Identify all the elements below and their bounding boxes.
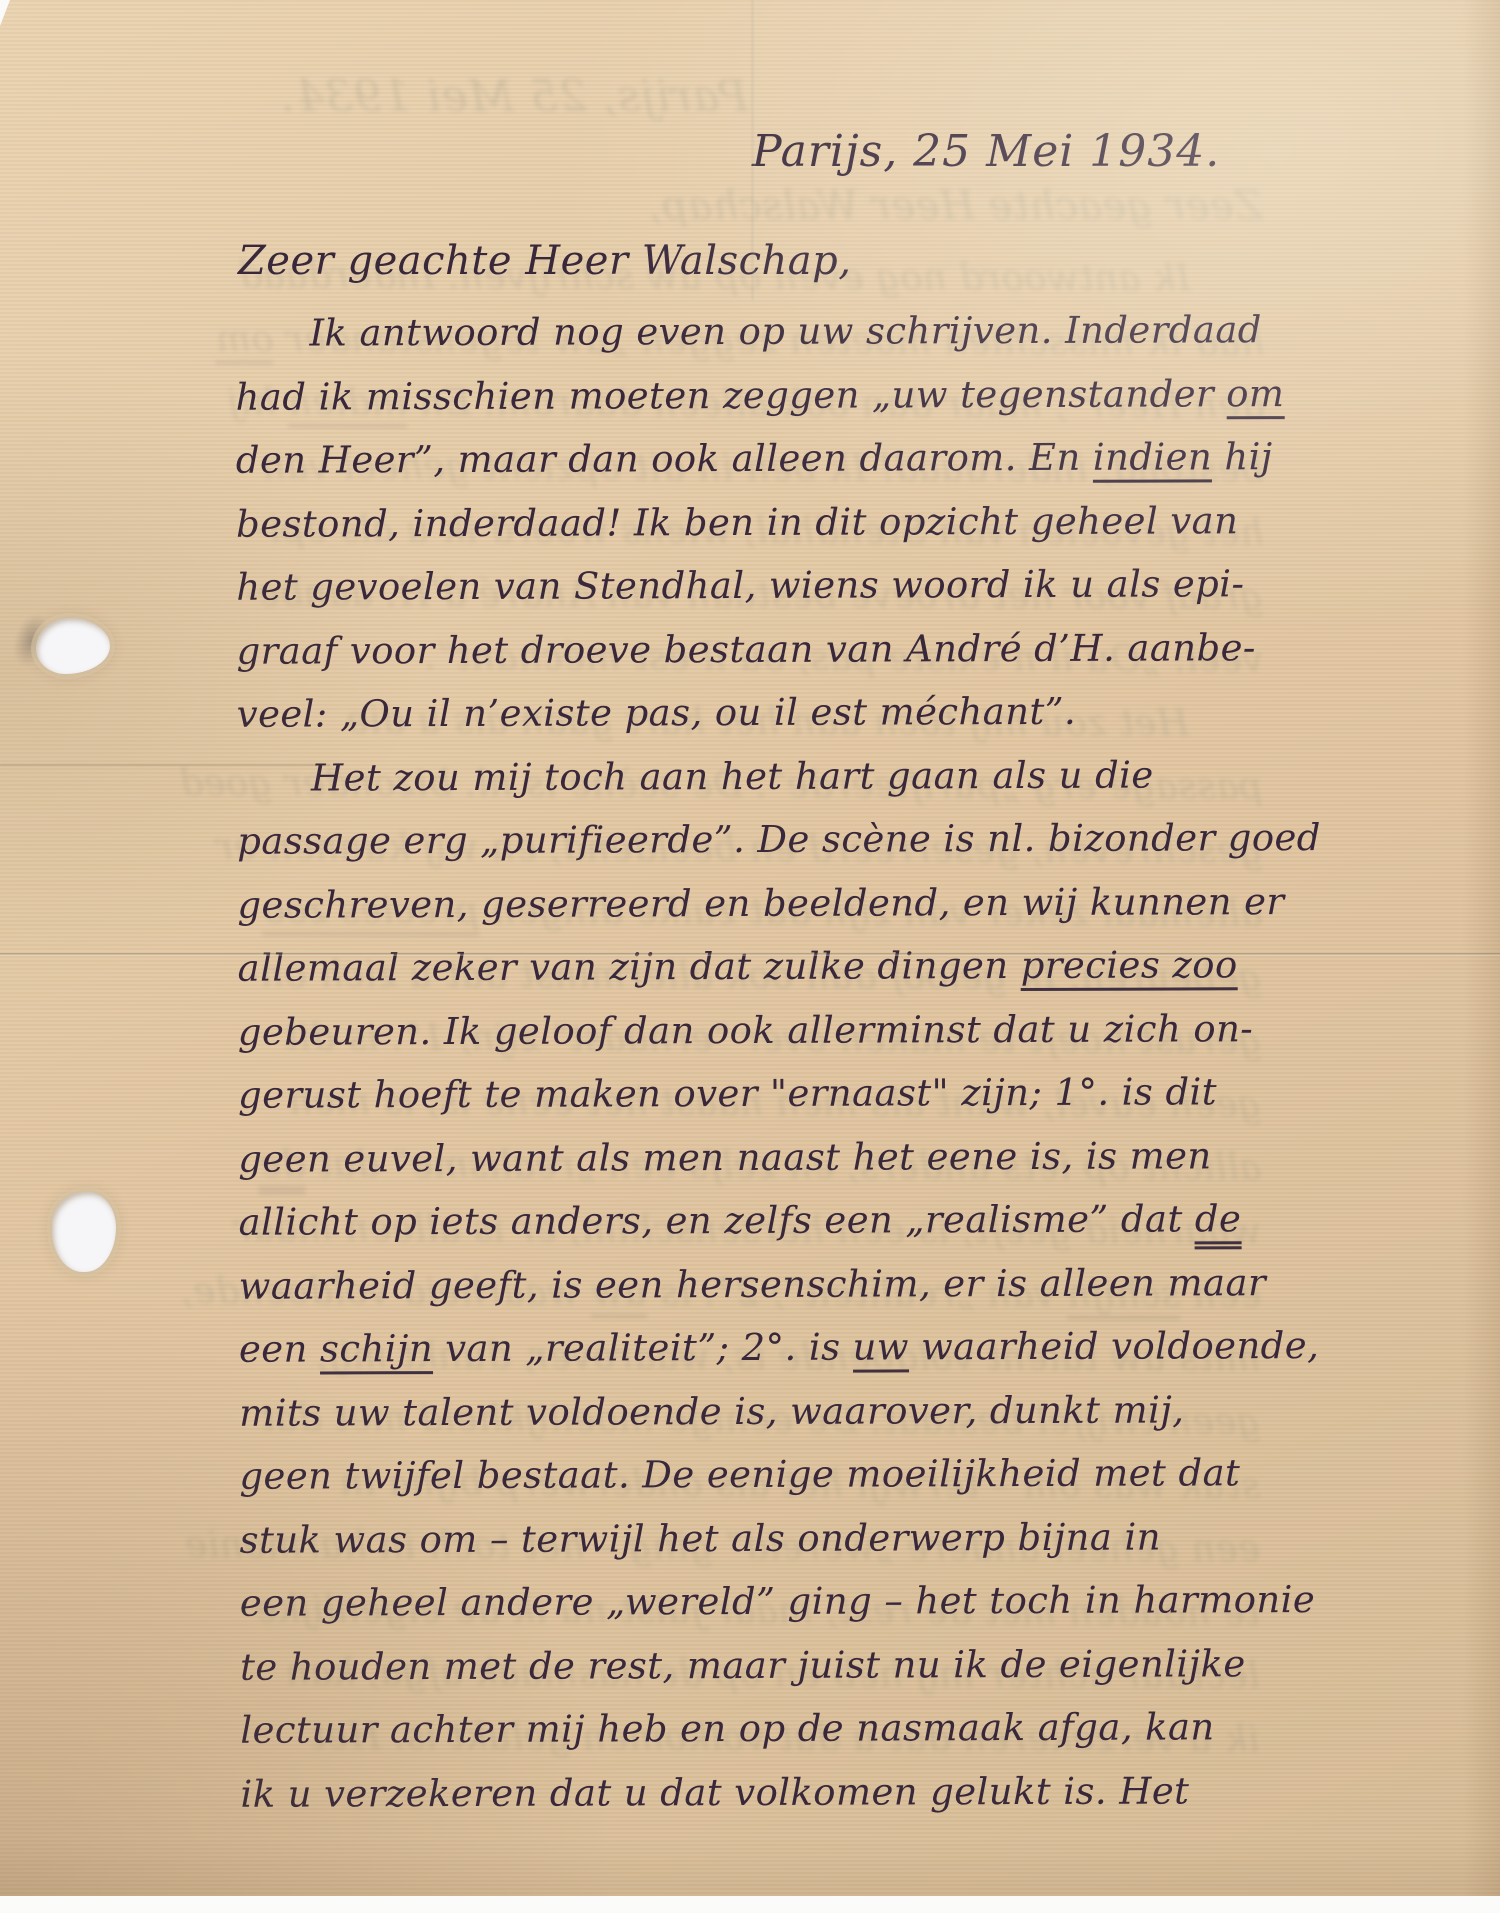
scanner-background <box>0 1896 1500 1913</box>
paper-shading <box>0 0 1500 1896</box>
fold-crease <box>0 953 1500 956</box>
vertical-crease <box>752 0 755 300</box>
letter-paper: Parijs, 25 Mei 1934. Zeer geachte Heer W… <box>0 0 1500 1896</box>
fold-crease-faint <box>0 764 330 766</box>
paper-corner <box>0 0 10 26</box>
